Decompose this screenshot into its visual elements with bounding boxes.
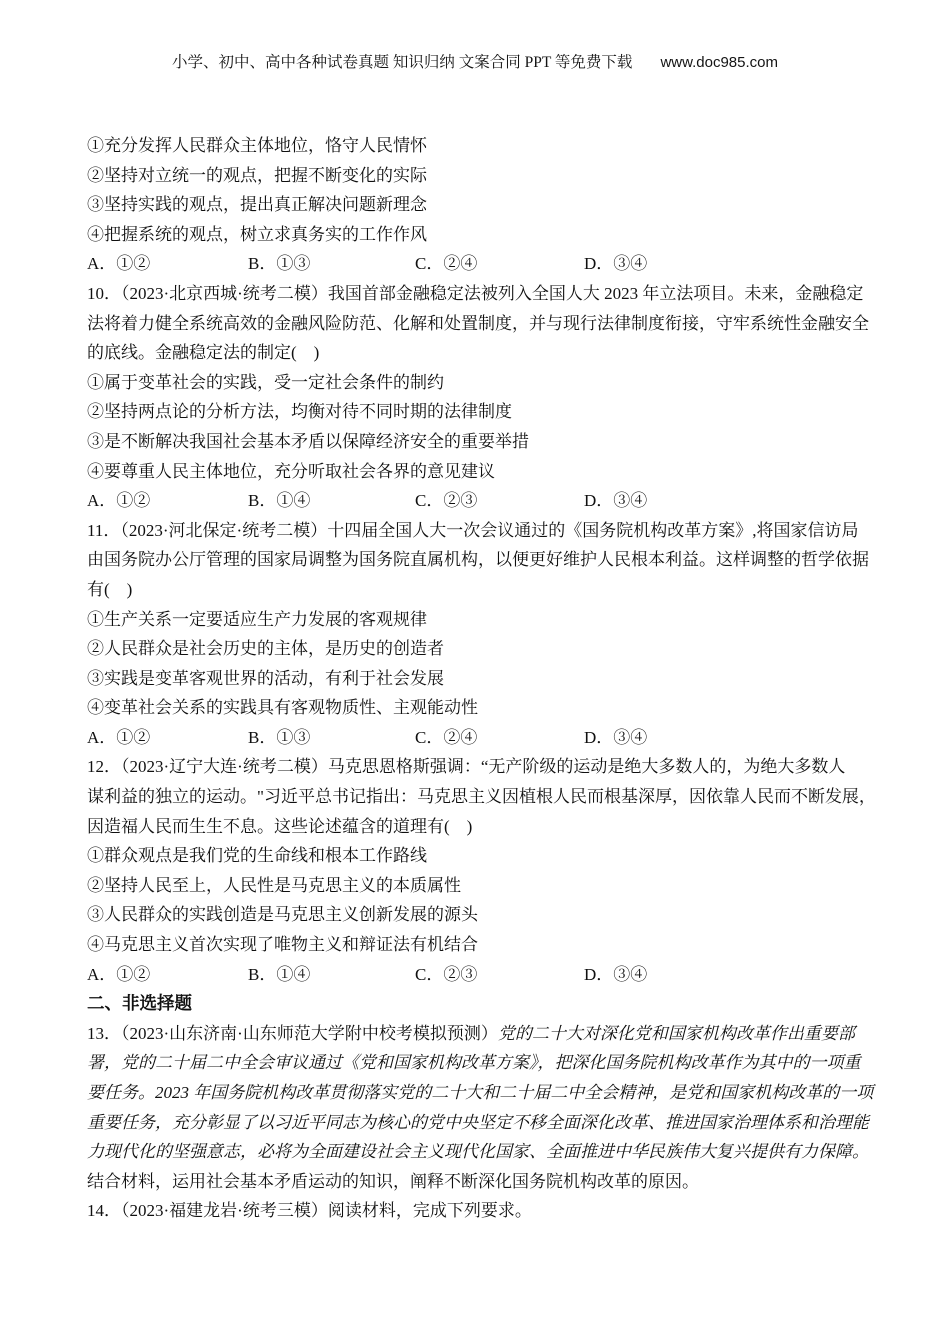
material-text-line: 力现代化的坚强意志，必将为全面建设社会主义现代化国家、全面推进中华民族伟大复兴提…: [87, 1137, 867, 1167]
text-line: ①生产关系一定要适应生产力发展的客观规律: [87, 605, 867, 635]
text-line: 由国务院办公厅管理的国家局调整为国务院直属机构，以便更好维护人民根本利益。这样调…: [87, 545, 867, 575]
material-text-line: 要任务。2023 年国务院机构改革贯彻落实党的二十大和二十届二中全会精神，是党和…: [87, 1078, 867, 1108]
text-line: 的底线。金融稳定法的制定( ): [87, 338, 867, 368]
question-label: 13．（2023·山东济南·山东师范大学附中校考模拟预测）: [87, 1024, 498, 1043]
text-line: ④马克思主义首次实现了唯物主义和辩证法有机结合: [87, 930, 867, 960]
option-b: B．①③: [248, 249, 415, 279]
option-a: A．①②: [87, 486, 248, 516]
material-text: 党的二十大对深化党和国家机构改革作出重要部: [498, 1024, 855, 1043]
option-c: C．②③: [415, 486, 584, 516]
text-line: ④要尊重人民主体地位，充分听取社会各界的意见建议: [87, 457, 867, 487]
text-line: ③人民群众的实践创造是马克思主义创新发展的源头: [87, 900, 867, 930]
option-c: C．②④: [415, 249, 584, 279]
text-line: ①充分发挥人民群众主体地位，恪守人民情怀: [87, 131, 867, 161]
option-b: B．①③: [248, 723, 415, 753]
option-b: B．①④: [248, 486, 415, 516]
option-row: A．①②B．①③C．②④D．③④: [87, 249, 867, 279]
text-line: 14．（2023·福建龙岩·统考三模）阅读材料，完成下列要求。: [87, 1196, 867, 1226]
material-text-line: 重要任务，充分彰显了以习近平同志为核心的党中央坚定不移全面深化改革、推进国家治理…: [87, 1108, 867, 1138]
text-line: ②坚持对立统一的观点，把握不断变化的实际: [87, 161, 867, 191]
option-c: C．②③: [415, 960, 584, 990]
document-body: ①充分发挥人民群众主体地位，恪守人民情怀②坚持对立统一的观点，把握不断变化的实际…: [87, 131, 867, 1226]
section-heading: 二、非选择题: [87, 989, 867, 1019]
text-line: ②坚持两点论的分析方法，均衡对待不同时期的法律制度: [87, 397, 867, 427]
option-d: D．③④: [584, 723, 647, 753]
text-line: ①群众观点是我们党的生命线和根本工作路线: [87, 841, 867, 871]
text-line: ②坚持人民至上，人民性是马克思主义的本质属性: [87, 871, 867, 901]
text-line: ③实践是变革客观世界的活动，有利于社会发展: [87, 664, 867, 694]
text-line: 结合材料，运用社会基本矛盾运动的知识，阐释不断深化国务院机构改革的原因。: [87, 1167, 867, 1197]
text-line: 因造福人民而生生不息。这些论述蕴含的道理有( ): [87, 812, 867, 842]
option-b: B．①④: [248, 960, 415, 990]
text-line: ④变革社会关系的实践具有客观物质性、主观能动性: [87, 693, 867, 723]
header-slogan: 小学、初中、高中各种试卷真题 知识归纳 文案合同 PPT 等免费下载: [172, 54, 632, 71]
text-line: 法将着力健全系统高效的金融风险防范、化解和处置制度，并与现行法律制度衔接，守牢系…: [87, 309, 867, 339]
option-row: A．①②B．①④C．②③D．③④: [87, 960, 867, 990]
text-line: 12．（2023·辽宁大连·统考二模）马克思恩格斯强调：“无产阶级的运动是绝大多…: [87, 752, 867, 782]
option-a: A．①②: [87, 960, 248, 990]
text-line: 谋利益的独立的运动。"习近平总书记指出：马克思主义因植根人民而根基深厚，因依靠人…: [87, 782, 867, 812]
text-line: ③坚持实践的观点，提出真正解决问题新理念: [87, 190, 867, 220]
text-line: ④把握系统的观点，树立求真务实的工作作风: [87, 220, 867, 250]
text-line: 有( ): [87, 575, 867, 605]
option-d: D．③④: [584, 486, 647, 516]
option-d: D．③④: [584, 249, 647, 279]
exam-page: { "header": { "slogan": "小学、初中、高中各种试卷真题 …: [0, 0, 950, 1344]
question-intro-line: 13．（2023·山东济南·山东师范大学附中校考模拟预测）党的二十大对深化党和国…: [87, 1019, 867, 1049]
header-site-url: www.doc985.com: [660, 54, 778, 71]
option-d: D．③④: [584, 960, 647, 990]
text-line: ①属于变革社会的实践，受一定社会条件的制约: [87, 368, 867, 398]
text-line: 11．（2023·河北保定·统考二模）十四届全国人大一次会议通过的《国务院机构改…: [87, 516, 867, 546]
page-header: 小学、初中、高中各种试卷真题 知识归纳 文案合同 PPT 等免费下载www.do…: [0, 53, 950, 73]
option-c: C．②④: [415, 723, 584, 753]
option-row: A．①②B．①③C．②④D．③④: [87, 723, 867, 753]
material-text-line: 署，党的二十届二中全会审议通过《党和国家机构改革方案》，把深化国务院机构改革作为…: [87, 1048, 867, 1078]
option-a: A．①②: [87, 723, 248, 753]
option-row: A．①②B．①④C．②③D．③④: [87, 486, 867, 516]
option-a: A．①②: [87, 249, 248, 279]
text-line: 10．（2023·北京西城·统考二模）我国首部金融稳定法被列入全国人大 2023…: [87, 279, 867, 309]
text-line: ②人民群众是社会历史的主体，是历史的创造者: [87, 634, 867, 664]
text-line: ③是不断解决我国社会基本矛盾以保障经济安全的重要举措: [87, 427, 867, 457]
